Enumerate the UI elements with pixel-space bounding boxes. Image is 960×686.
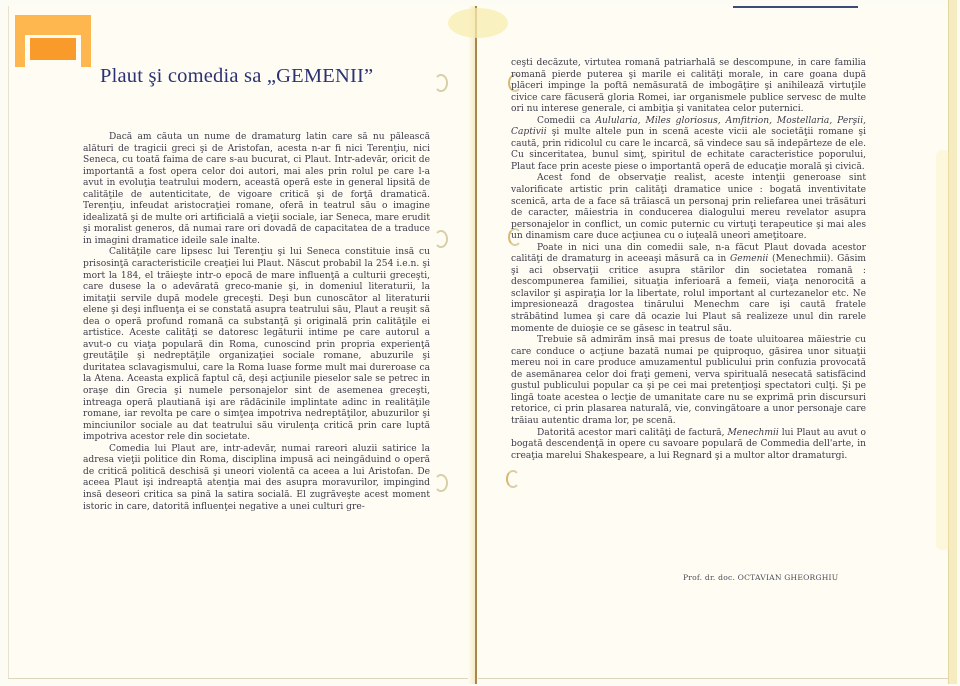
paragraph-lead: Comedii ca (537, 116, 595, 126)
paragraph: Calităţile care lipsesc lui Terenţiu şi … (83, 247, 430, 443)
paragraph: Poate in nici una din comedii sale, n-a … (511, 243, 866, 335)
author-signature: Prof. dr. doc. OCTAVIAN GHEORGHIU (683, 573, 838, 582)
orange-frame-logo (15, 15, 91, 67)
paragraph-body: şi multe altele pun in scenă aceste vici… (511, 127, 866, 172)
paragraph: Comedii ca Aulularia, Miles gloriosus, A… (511, 116, 866, 174)
play-title: Menechmii (727, 428, 778, 438)
book-spread: Plaut şi comedia sa „GEMENII” Dacă am că… (0, 0, 960, 686)
left-column-text: Dacă am căuta un nume de dramaturg latin… (83, 132, 430, 513)
paragraph: ceşti decăzute, virtutea romană patriarh… (511, 58, 866, 116)
paper-stain (936, 150, 950, 550)
paragraph-lead: Datorită acestor mari calităţi de factur… (537, 428, 727, 438)
paragraph: Dacă am căuta un nume de dramaturg latin… (83, 132, 430, 247)
paragraph: Datorită acestor mari calităţi de factur… (511, 428, 866, 463)
right-column-text: ceşti decăzute, virtutea romană patriarh… (511, 58, 866, 462)
article-title: Plaut şi comedia sa „GEMENII” (100, 65, 430, 88)
punch-hole-icon (434, 74, 448, 92)
play-title: Gemenii (730, 254, 768, 264)
paragraph-body: (Menechmii). Găsim şi aci observaţii cri… (511, 254, 866, 333)
paper-stain (448, 8, 508, 38)
top-rule (733, 6, 858, 8)
binding-shadow (468, 6, 475, 684)
paragraph: Acest fond de observaţie realist, aceste… (511, 173, 866, 242)
punch-hole-icon (506, 470, 520, 488)
paragraph: Comedia lui Plaut are, intr-adevăr, numa… (83, 444, 430, 513)
punch-hole-icon (434, 474, 448, 492)
punch-hole-icon (434, 230, 448, 248)
paragraph: Trebuie să admirăm insă mai presus de to… (511, 335, 866, 427)
binding-fold (475, 6, 477, 684)
